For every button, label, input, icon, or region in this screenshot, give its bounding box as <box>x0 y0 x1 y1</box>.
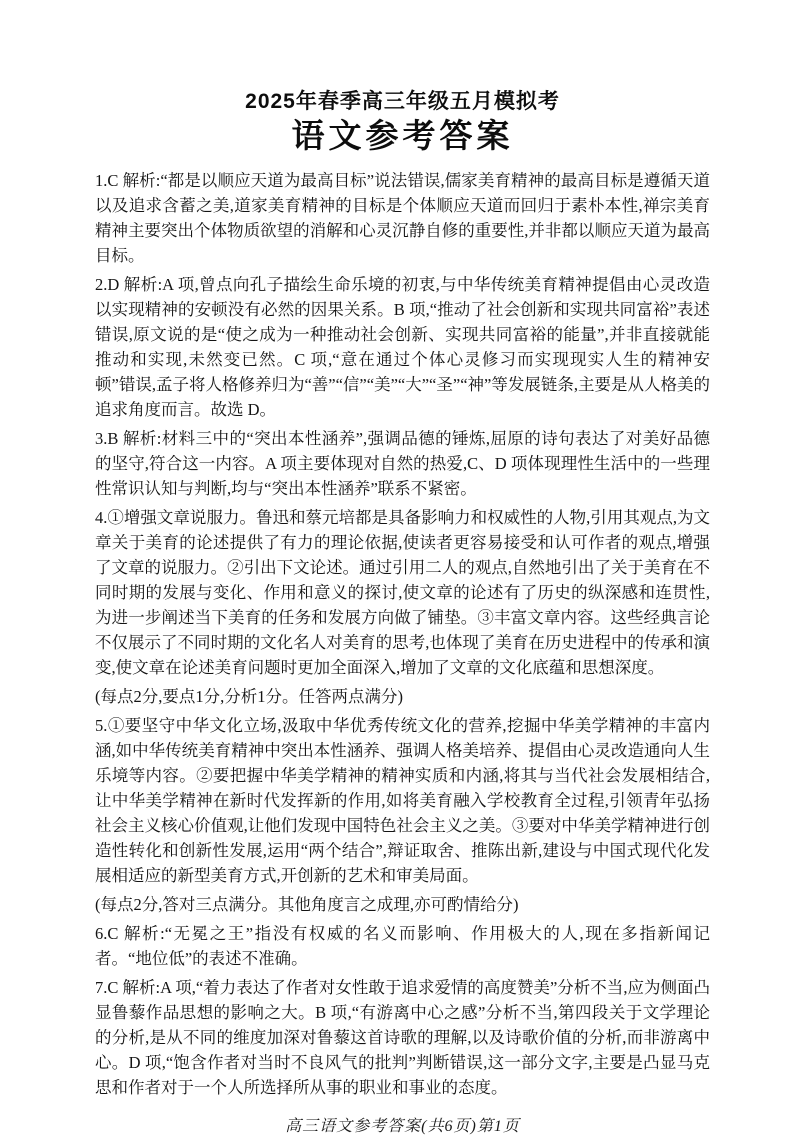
score-note-item-5: (每点2分,答对三点满分。其他角度言之成理,亦可酌情给分) <box>95 892 710 917</box>
answer-item-5: 5.①要坚守中华文化立场,汲取中华优秀传统文化的营养,挖掘中华美学精神的丰富内涵… <box>95 713 710 888</box>
score-note-item-4: (每点2分,要点1分,分析1分。任答两点满分) <box>95 684 710 709</box>
answer-item-7c: 7.C 解析:A 项,“着力表达了作者对女性敢于追求爱情的高度赞美”分析不当,应… <box>95 975 710 1100</box>
answer-item-6c: 6.C 解析:“无冕之王”指没有权威的名义而影响、作用极大的人,现在多指新闻记者… <box>95 921 710 971</box>
answers-body: 1.C 解析:“都是以顺应天道为最高目标”说法错误,儒家美育精神的最高目标是遵循… <box>95 168 710 1100</box>
answer-item-2d: 2.D 解析:A 项,曾点向孔子描绘生命乐境的初衷,与中华传统美育精神提倡由心灵… <box>95 272 710 422</box>
answer-item-4: 4.①增强文章说服力。鲁迅和蔡元培都是具备影响力和权威性的人物,引用其观点,为文… <box>95 505 710 680</box>
exam-title: 2025年春季高三年级五月模拟考 <box>95 88 710 116</box>
answer-item-3b: 3.B 解析:材料三中的“突出本性涵养”,强调品德的锤炼,屈原的诗句表达了对美好… <box>95 426 710 501</box>
subject-answer-title: 语文参考答案 <box>95 116 710 156</box>
answer-item-1c: 1.C 解析:“都是以顺应天道为最高目标”说法错误,儒家美育精神的最高目标是遵循… <box>95 168 710 268</box>
page-footer: 高三语文参考答案(共6页)第1页 <box>95 1113 710 1136</box>
answer-key-page: 2025年春季高三年级五月模拟考 语文参考答案 1.C 解析:“都是以顺应天道为… <box>0 0 800 1108</box>
